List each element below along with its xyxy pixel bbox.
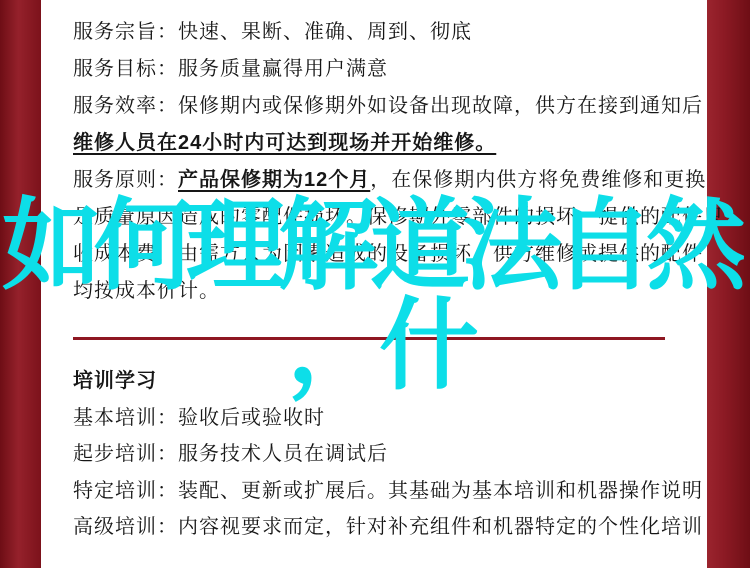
watermark-caption-line-1: 如何理解道法自然 [2,196,738,296]
service-principle-warranty-period: 产品保修期为12个月 [178,169,370,191]
service-line-efficiency: 服务效率：保修期内或保修期外如设备出现故障，供方在接到通知后 [73,88,683,125]
training-line-startup: 起步培训：服务技术人员在调试后 [73,436,683,473]
service-line-purpose: 服务宗旨：快速、果断、准确、周到、彻底 [73,14,683,51]
document-page: 服务宗旨：快速、果断、准确、周到、彻底 服务目标：服务质量赢得用户满意 服务效率… [0,0,750,568]
training-line-basic: 基本培训：验收后或验收时 [73,400,683,437]
service-principle-prefix: 服务原则： [73,169,178,191]
service-line-goal: 服务目标：服务质量赢得用户满意 [73,51,683,88]
training-line-advanced: 高级培训：内容视要求而定，针对补充组件和机器特定的个性化培训 [73,509,683,546]
service-line-response-time: 维修人员在24小时内可达到现场并开始维修。 [73,125,683,162]
service-principle-suffix: ，在保修期内供方将免费维修和更换 [370,169,706,191]
training-line-specific: 特定培训：装配、更新或扩展后。其基础为基本培训和机器操作说明 [73,473,683,510]
watermark-caption-line-2: ，什 [287,296,471,396]
